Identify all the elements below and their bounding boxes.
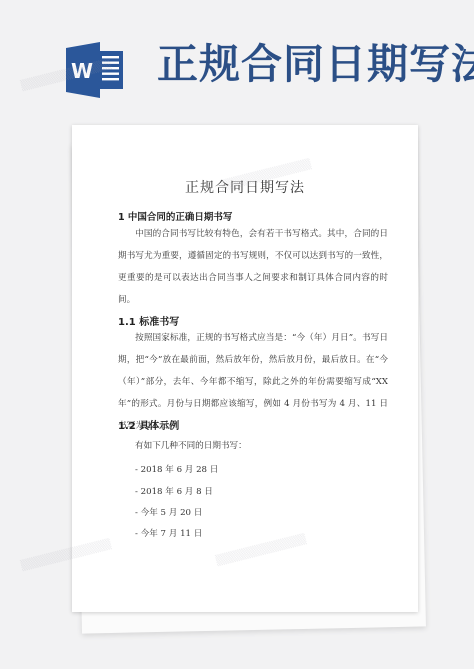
svg-text:W: W (71, 59, 93, 83)
section-heading-1: 1 中国合同的正确日期书写 (118, 209, 232, 223)
example-item: - 今年 7 月 11 日 (135, 527, 202, 539)
word-document-icon: W (66, 42, 126, 98)
example-item: - 2018 年 6 月 8 日 (135, 485, 213, 497)
banner-header: W 正规合同日期写法 (0, 0, 474, 125)
example-item: - 今年 5 月 20 日 (135, 506, 202, 518)
banner-title: 正规合同日期写法 (157, 44, 474, 85)
example-item: - 2018 年 6 月 28 日 (135, 463, 218, 475)
document-title: 正规合同日期写法 (72, 177, 418, 197)
section-heading-1-2: 1.2 具体示例 (118, 417, 179, 432)
section-1-paragraph: 中国的合同书写比较有特色，会有若干书写格式。其中，合同的日期书写尤为重要，遵循固… (118, 223, 388, 311)
section-heading-1-1: 1.1 标准书写 (118, 313, 179, 328)
examples-intro: 有如下几种不同的日期书写： (135, 439, 247, 451)
document-page: 正规合同日期写法 1 中国合同的正确日期书写 中国的合同书写比较有特色，会有若干… (72, 125, 418, 612)
